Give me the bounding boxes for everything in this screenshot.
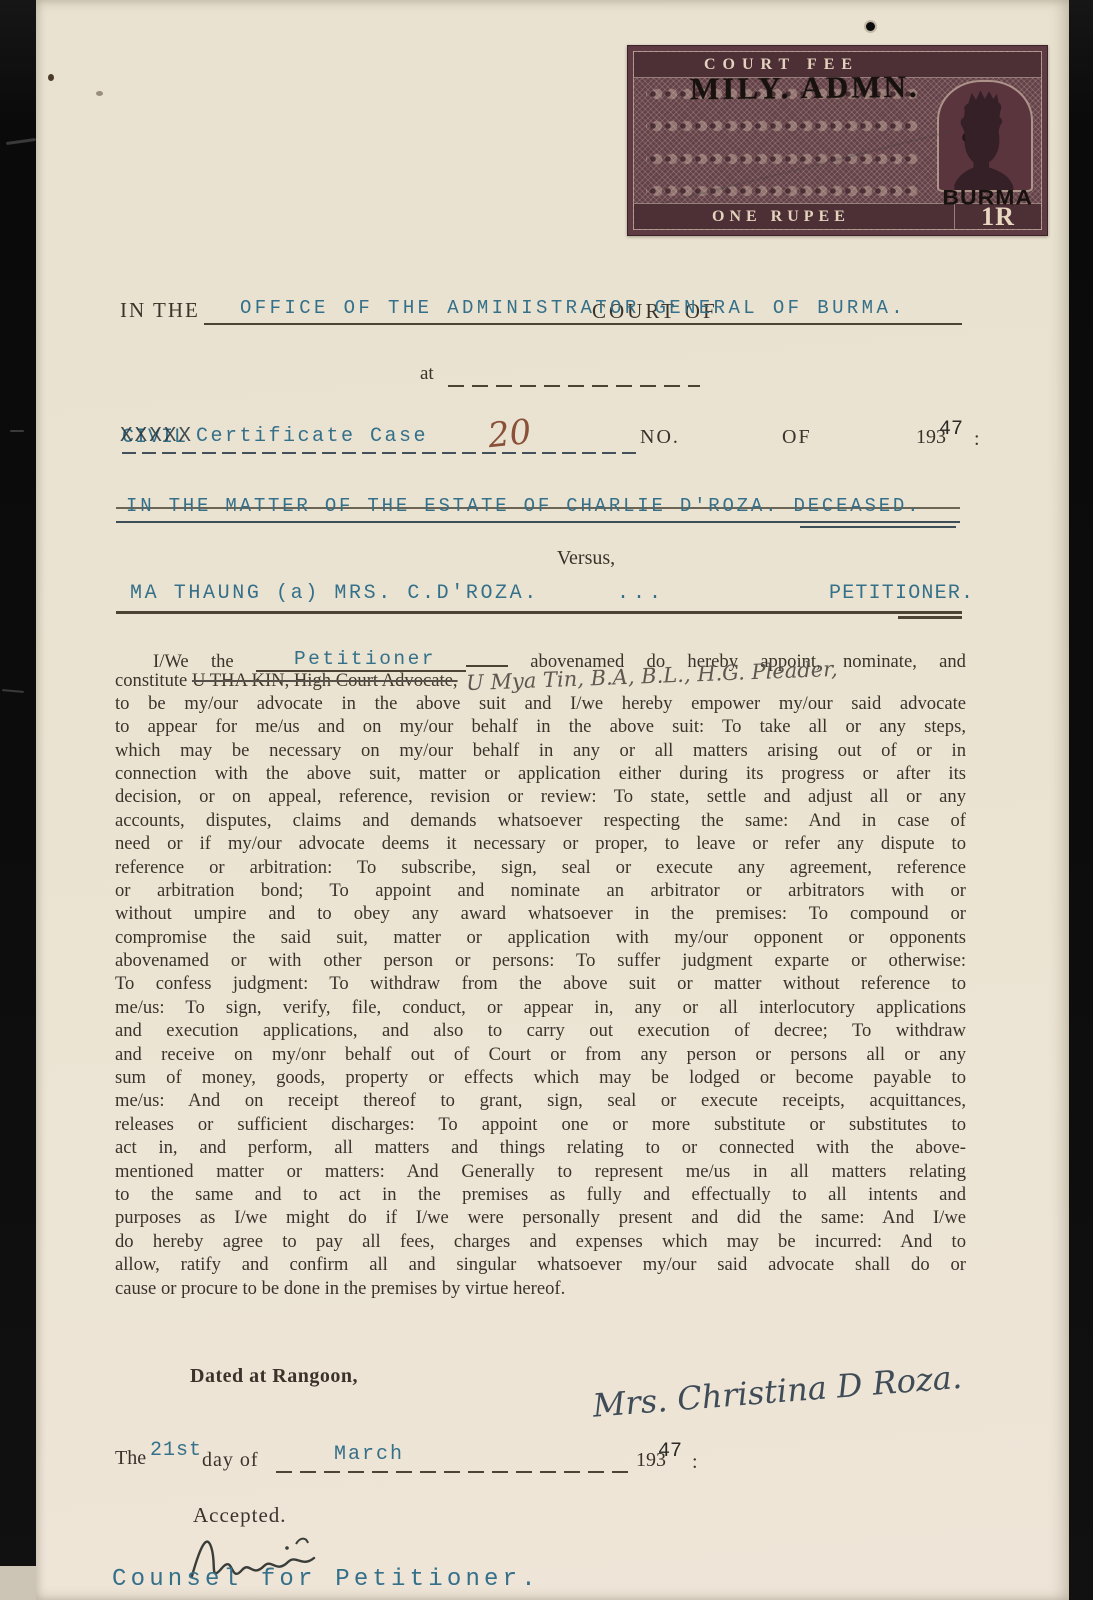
typed-matter-line: IN THE MATTER OF THE ESTATE OF CHARLIE D… [126, 495, 921, 517]
body-line: To confess judgment: To withdraw from th… [115, 972, 966, 995]
typed-day-21st: 21st [150, 1439, 202, 1462]
typed-counsel-for-petitioner: Counsel for Petitioner. [112, 1566, 540, 1593]
body-line: do hereby agree to pay all fees, charges… [115, 1230, 966, 1253]
body-line: purposes as I/we might do if I/we were p… [115, 1206, 966, 1229]
body-line: connection with the above suit, matter o… [115, 762, 966, 785]
party-underline [116, 611, 962, 614]
body-lines-list: to be my/our advocate in the above suit … [115, 692, 966, 1277]
struck-advocate-name: U THA KIN, High Court Advocate, [192, 670, 458, 691]
printed-the-label: The [115, 1447, 146, 1470]
paper-speck [48, 74, 54, 81]
overstrike-xs: XXXXX [120, 425, 193, 448]
petitioner-signature: Mrs. Christina D Roza. [591, 1349, 1073, 1425]
indic-script-row [646, 118, 919, 134]
indic-script-row [646, 151, 919, 167]
matter-underline [116, 521, 960, 523]
party-underline-short [898, 616, 962, 619]
case-line-underline [122, 452, 642, 454]
body-line: to be my/our advocate in the above suit … [115, 692, 966, 715]
body-line: or arbitration bond; To appoint and nomi… [115, 879, 966, 902]
printed-no-label: NO. [640, 426, 680, 449]
body-line: decision, or on appeal, reference, revis… [115, 785, 966, 808]
printed-at-label: at [420, 363, 434, 385]
body-line: and execution applications, and also to … [115, 1019, 966, 1042]
printed-of-label: OF [782, 426, 812, 449]
printed-versus-label: Versus, [516, 547, 656, 570]
date-blank-line [276, 1471, 632, 1473]
king-george-portrait [937, 80, 1033, 192]
body-line: sum of money, goods, property or effects… [115, 1066, 966, 1089]
paper-speck [96, 91, 103, 96]
body-line: and receive on my/onr behalf out of Cour… [115, 1043, 966, 1066]
printed-in-the: IN THE [120, 298, 200, 323]
stamp-bottom-band: ONE RUPEE [634, 203, 954, 229]
body-line: accounts, disputes, claims and demands w… [115, 809, 966, 832]
typed-case-type: Certificate Case [196, 425, 428, 448]
under-sheet-edge [0, 1566, 36, 1600]
typed-party-role: PETITIONER. [829, 582, 974, 605]
printed-dated-at: Dated at Rangoon, [190, 1365, 358, 1388]
body-line: act in, and perform, all matters and thi… [115, 1136, 966, 1159]
typed-year-47-footer: 47 [658, 1440, 682, 1463]
at-blank-line [448, 385, 700, 387]
body-line: compromise the said suit, matter or appl… [115, 926, 966, 949]
court-fee-stamp: COURT FEE [627, 45, 1048, 236]
body-line: to appear for me/us and on my/our behalf… [115, 715, 966, 738]
document-paper: COURT FEE [36, 0, 1069, 1600]
pin-hole [866, 22, 875, 31]
body-line2-pre: constitute [115, 670, 187, 691]
typed-petitioner-fill: Petitioner [294, 648, 436, 670]
blank-tail [466, 645, 508, 667]
mily-admn-overprint: MILY. ADMN. [690, 69, 920, 107]
burma-overprint: BURMA [942, 185, 1033, 210]
handwritten-case-number: 20 [486, 412, 533, 456]
body-line: need or if my/our advocate deems it nece… [115, 832, 966, 855]
body-line: reference or arbitration: To subscribe, … [115, 856, 966, 879]
body-last-line: cause or procure to be done in the premi… [115, 1277, 966, 1300]
typed-party-name: MA THAUNG (a) MRS. C.D'ROZA. [130, 582, 539, 605]
body-line: to the same and to act in the premises a… [115, 1183, 966, 1206]
stamp-one-rupee-label: ONE RUPEE [712, 208, 850, 226]
body-line: me/us: And on receipt thereof to grant, … [115, 1089, 966, 1112]
scuff-mark [10, 430, 24, 432]
case-line-punct: : [974, 428, 980, 451]
body-line: releases or sufficient discharges: To ap… [115, 1113, 966, 1136]
body-line: which may be necessary on my/our behalf … [115, 739, 966, 762]
body-line: mentioned matter or matters: And General… [115, 1160, 966, 1183]
body-line: abovenamed or with other person or perso… [115, 949, 966, 972]
header-underline [204, 323, 962, 325]
typed-year-47: 47 [939, 418, 963, 441]
body-line: without umpire and to obey any award wha… [115, 902, 966, 925]
body-line: allow, ratify and confirm all and singul… [115, 1253, 966, 1276]
date-line-punct: : [692, 1451, 698, 1474]
printed-day-of-label: day of [202, 1449, 259, 1472]
deceased-underline [800, 526, 956, 528]
typed-office-line: OFFICE OF THE ADMINISTRATOR GENERAL OF B… [240, 297, 906, 319]
typed-party-dots: ... [617, 582, 665, 605]
vakalatnama-body: I/We the Petitioner abovenamed do hereby… [115, 645, 966, 1300]
body-line-1: I/We the Petitioner abovenamed do hereby… [115, 645, 966, 668]
typed-month-march: March [334, 1443, 404, 1466]
body-line: me/us: To sign, verify, file, conduct, o… [115, 996, 966, 1019]
